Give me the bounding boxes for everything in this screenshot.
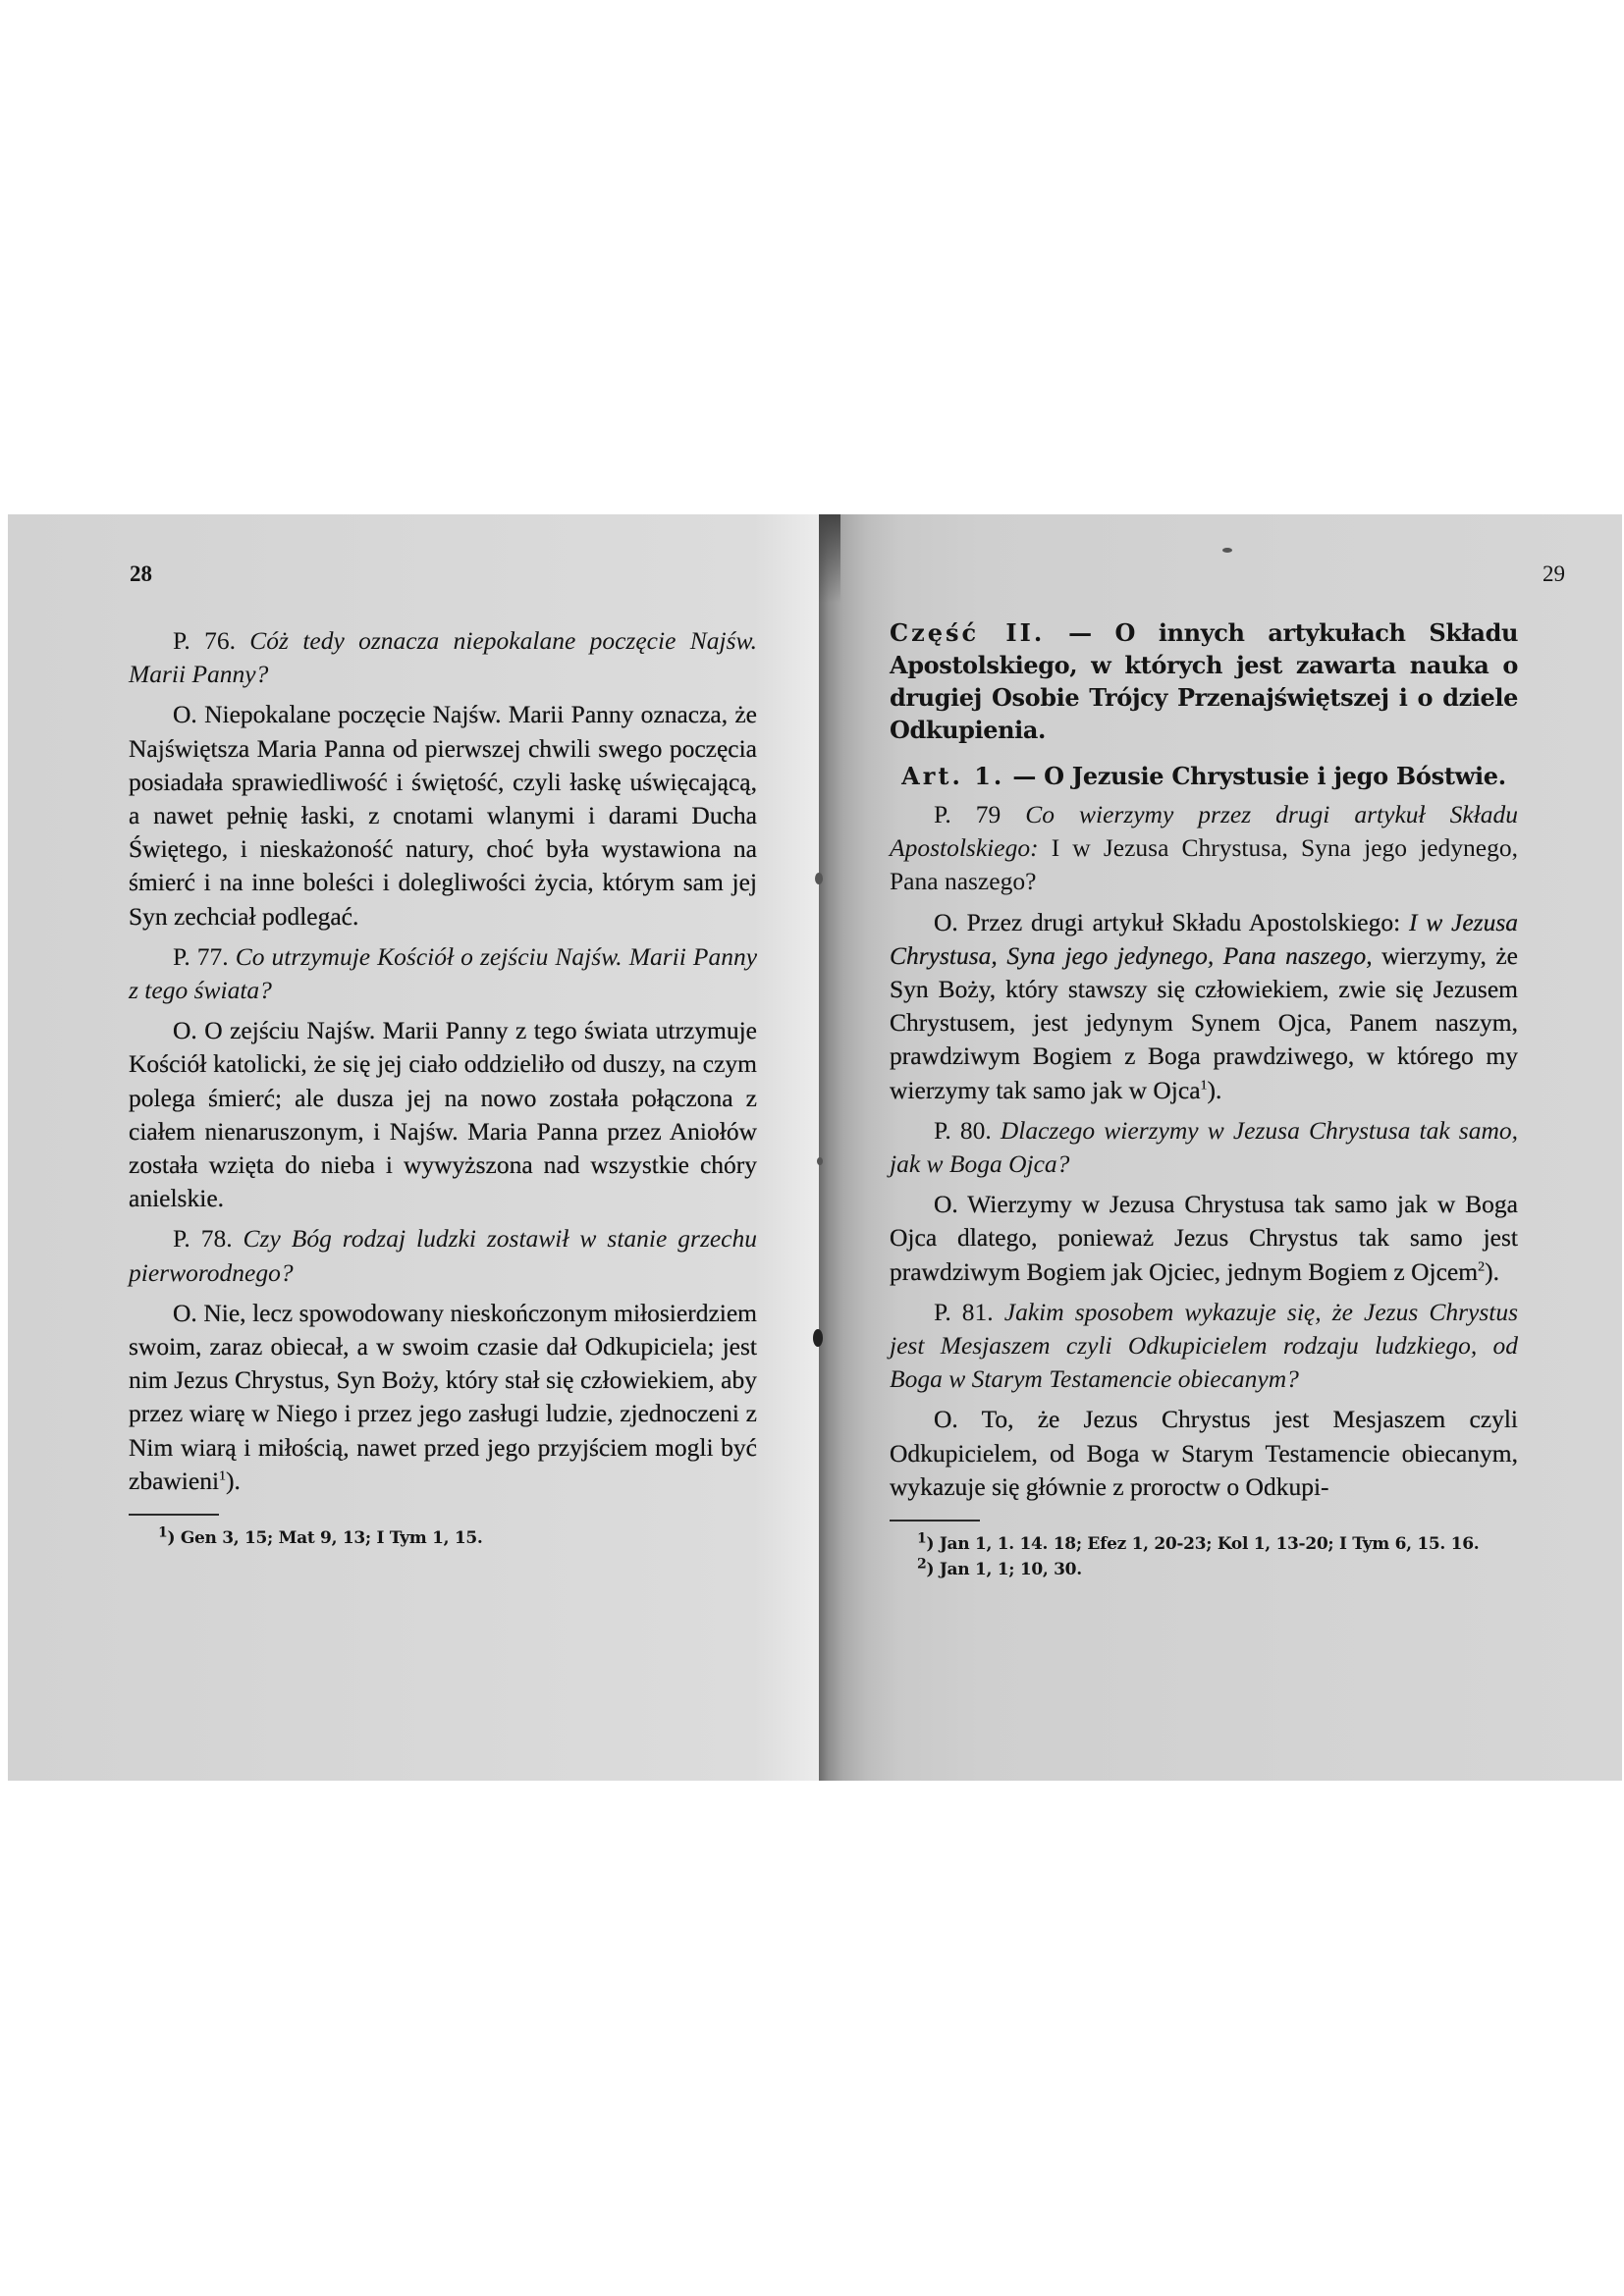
footnote-ref: 1 (219, 1468, 226, 1483)
answer-tail: ). (226, 1467, 241, 1495)
question-80: P. 80. Dlaczego wierzymy w Jezusa Chryst… (890, 1114, 1518, 1181)
footnote-ref: 1 (1201, 1078, 1208, 1093)
footnotes: 1) Gen 3, 15; Mat 9, 13; I Tym 1, 15. (129, 1525, 757, 1551)
answer-label: O. (173, 700, 197, 728)
question-76: P. 76. Cóż tedy oznacza niepokalane pocz… (129, 624, 757, 691)
scan-speck (813, 1329, 823, 1347)
answer-77: O. O zejściu Najśw. Marii Panny z tego ś… (129, 1014, 757, 1215)
answer-text: Nie, lecz spowodowany nieskończonym miło… (129, 1299, 757, 1495)
article-heading-text: — O Jezusie Chrystusie i jego Bóstwie. (1012, 762, 1505, 790)
left-page: 28 P. 76. Cóż tedy oznacza niepokalane p… (8, 514, 819, 1781)
page-number: 29 (1543, 561, 1565, 587)
scan-speck (815, 873, 823, 884)
question-label: P. 77. (173, 942, 229, 971)
answer-tail: ). (1485, 1257, 1499, 1286)
answer-80: O. Wierzymy w Jezusa Chrystusa tak samo … (890, 1188, 1518, 1289)
answer-text-pre: Przez drugi artykuł Składu Apostolskiego… (967, 908, 1401, 936)
left-page-text: P. 76. Cóż tedy oznacza niepokalane pocz… (129, 624, 757, 1551)
answer-81: O. To, że Jezus Chrystus jest Mesjaszem … (890, 1403, 1518, 1504)
question-77: P. 77. Co utrzymuje Kościół o zejściu Na… (129, 940, 757, 1007)
question-label: P. 76. (173, 626, 236, 655)
answer-text: Wierzymy w Jezusa Chrystusa tak samo jak… (890, 1190, 1518, 1285)
footnote-1: 1) Jan 1, 1. 14. 18; Efez 1, 20-23; Kol … (890, 1531, 1518, 1557)
page-number: 28 (130, 561, 152, 587)
scan-speck (1222, 548, 1232, 553)
footnote-divider (129, 1514, 219, 1516)
right-page: 29 Część II. — O innych artykułach Skład… (819, 514, 1622, 1781)
footnote-text: ) Jan 1, 1. 14. 18; Efez 1, 20-23; Kol 1… (926, 1534, 1479, 1554)
question-78: P. 78. Czy Bóg rodzaj ludzki zostawił w … (129, 1222, 757, 1289)
scan-speck (817, 1157, 823, 1165)
question-label: P. 78. (173, 1224, 233, 1253)
footnote-text: ) Gen 3, 15; Mat 9, 13; I Tym 1, 15. (167, 1528, 482, 1548)
question-label: P. 80. (934, 1116, 992, 1145)
answer-label: O. (934, 1190, 958, 1218)
answer-76: O. Niepokalane poczęcie Najśw. Marii Pan… (129, 698, 757, 933)
footnote-divider (890, 1520, 980, 1522)
article-heading: Art. 1. — O Jezusie Chrystusie i jego Bó… (890, 760, 1518, 792)
section-heading-lead: Część II. (890, 618, 1045, 647)
footnote-text: ) Jan 1, 1; 10, 30. (926, 1560, 1081, 1579)
article-heading-lead: Art. 1. (901, 762, 1004, 790)
footnote-2: 2) Jan 1, 1; 10, 30. (890, 1557, 1518, 1582)
book-spread-scan: 28 P. 76. Cóż tedy oznacza niepokalane p… (8, 514, 1622, 1781)
answer-label: O. (173, 1299, 197, 1327)
answer-label: O. (934, 1405, 958, 1433)
answer-label: O. (934, 908, 958, 936)
footnotes: 1) Jan 1, 1. 14. 18; Efez 1, 20-23; Kol … (890, 1531, 1518, 1582)
answer-text: O zejściu Najśw. Marii Panny z tego świa… (129, 1016, 757, 1212)
question-label: P. 79 (934, 800, 1001, 828)
answer-79: O. Przez drugi artykuł Składu Apostolski… (890, 906, 1518, 1107)
answer-tail: ). (1208, 1076, 1222, 1104)
answer-text: To, że Jezus Chrystus jest Mesjaszem czy… (890, 1405, 1518, 1500)
question-81: P. 81. Jakim sposobem wykazuje się, że J… (890, 1296, 1518, 1397)
answer-text: Niepokalane poczęcie Najśw. Marii Panny … (129, 700, 757, 930)
footnote-1: 1) Gen 3, 15; Mat 9, 13; I Tym 1, 15. (129, 1525, 757, 1551)
question-label: P. 81. (934, 1298, 994, 1326)
question-79: P. 79 Co wierzymy przez drugi artykuł Sk… (890, 798, 1518, 899)
answer-78: O. Nie, lecz spowodowany nieskończonym m… (129, 1297, 757, 1498)
section-heading: Część II. — O innych artykułach Składu A… (890, 616, 1518, 746)
right-page-text: Część II. — O innych artykułach Składu A… (890, 616, 1518, 1582)
answer-label: O. (173, 1016, 197, 1044)
